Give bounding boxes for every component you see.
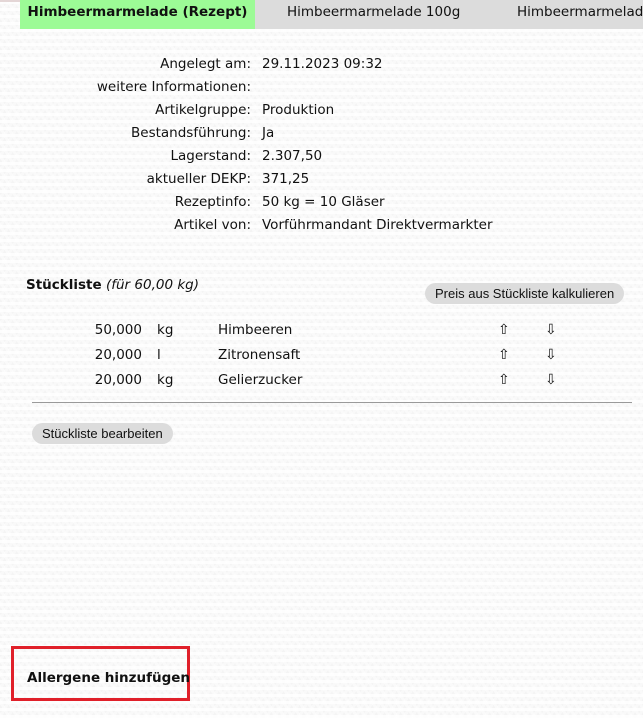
bom-name: Himbeeren [218,321,292,339]
bom-unit: l [157,346,161,364]
info-row-article-group: Artikelgruppe: Produktion [0,101,493,124]
info-label: Bestandsführung: [0,124,251,147]
bom-heading: Stückliste (für 60,00 kg) [26,277,199,293]
info-row-stock-tracking: Bestandsführung: Ja [0,124,493,147]
move-up-icon[interactable]: ⇧ [498,371,510,389]
move-up-icon[interactable]: ⇧ [498,346,510,364]
add-allergens-link[interactable]: Allergene hinzufügen [27,670,190,686]
edit-bom-button[interactable]: Stückliste bearbeiten [32,423,173,444]
bom-qty: 20,000 [82,346,142,364]
move-down-icon[interactable]: ⇩ [545,321,557,339]
bom-item: 20,000 kg Gelierzucker ⇧ ⇩ [0,371,643,396]
bom-item: 20,000 l Zitronensaft ⇧ ⇩ [0,346,643,371]
allergen-highlight-box: Allergene hinzufügen [11,646,190,701]
tab-himbeermarmelade-100g[interactable]: Himbeermarmelade 100g [255,0,485,29]
info-label: aktueller DEKP: [0,170,251,193]
info-value: 50 kg = 10 Gläser [251,193,385,216]
info-value: Vorführmandant Direktvermarkter [251,216,493,239]
move-up-icon[interactable]: ⇧ [498,321,510,339]
info-row-more-info: weitere Informationen: [0,78,493,101]
info-label: Lagerstand: [0,147,251,170]
info-label: Artikel von: [0,216,251,239]
info-value: 29.11.2023 09:32 [251,55,383,78]
move-down-icon[interactable]: ⇩ [545,346,557,364]
bom-name: Zitronensaft [218,346,300,364]
info-value: Ja [251,124,274,147]
bom-subtitle: (für 60,00 kg) [106,277,199,293]
tab-himbeermarmelade-rezept[interactable]: Himbeermarmelade (Rezept) [20,0,255,29]
info-label: Angelegt am: [0,55,251,78]
bom-unit: kg [157,321,173,339]
info-value: 2.307,50 [251,147,322,170]
divider [32,402,632,403]
info-row-article-from: Artikel von: Vorführmandant Direktvermar… [0,216,493,239]
info-row-stock-level: Lagerstand: 2.307,50 [0,147,493,170]
move-down-icon[interactable]: ⇩ [545,371,557,389]
tab-bar: Himbeermarmelade (Rezept) Himbeermarmela… [20,0,643,29]
info-label: Rezeptinfo: [0,193,251,216]
info-value: Produktion [251,101,334,124]
calculate-price-button[interactable]: Preis aus Stückliste kalkulieren [425,283,624,304]
info-row-dekp: aktueller DEKP: 371,25 [0,170,493,193]
bom-item: 50,000 kg Himbeeren ⇧ ⇩ [0,321,643,346]
bom-unit: kg [157,371,173,389]
info-row-recipe-info: Rezeptinfo: 50 kg = 10 Gläser [0,193,493,216]
info-row-created: Angelegt am: 29.11.2023 09:32 [0,55,493,78]
info-value [251,78,262,101]
info-label: weitere Informationen: [0,78,251,101]
bom-title: Stückliste [26,277,102,293]
info-label: Artikelgruppe: [0,101,251,124]
bom-qty: 20,000 [82,371,142,389]
tab-himbeermarmelade[interactable]: Himbeermarmelade [485,0,643,29]
bom-qty: 50,000 [82,321,142,339]
bom-name: Gelierzucker [218,371,302,389]
article-info: Angelegt am: 29.11.2023 09:32 weitere In… [0,55,493,239]
info-value: 371,25 [251,170,309,193]
